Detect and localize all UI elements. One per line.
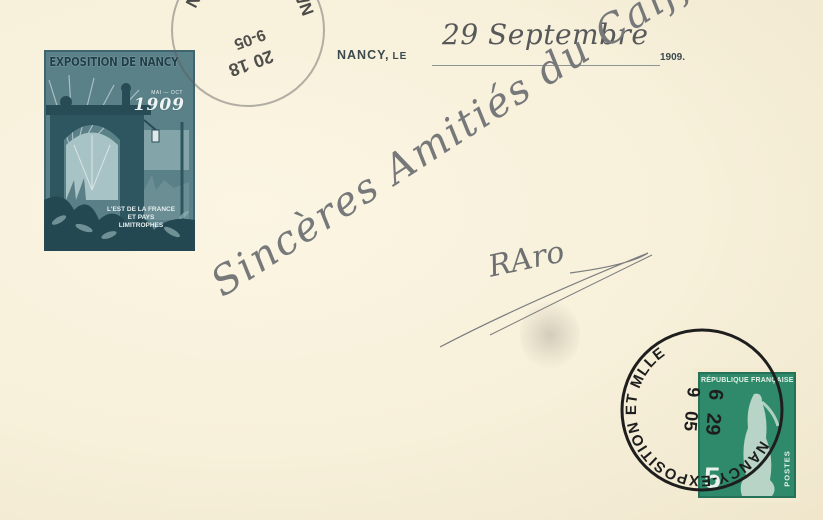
svg-text:NANCY-EXPOSITION: NANCY-EXPOSITION [182, 0, 318, 18]
svg-text:9-05: 9-05 [232, 25, 268, 52]
postmark-top: NANCY-EXPOSITION 20 18 9-05 [160, 0, 340, 115]
svg-text:29: 29 [701, 412, 725, 436]
postcard: EXPOSITION DE NANCY MAI — OCT 1909 L'EST… [0, 0, 823, 520]
postmark-bottom: NANCY-EXPOSITION ET MLLE 6 29 9 05 [612, 320, 792, 500]
printed-year: 1909. [660, 52, 685, 63]
postmark-top-ring-text: NANCY-EXPOSITION [182, 0, 318, 18]
svg-text:18: 18 [226, 55, 252, 81]
svg-text:9: 9 [683, 386, 704, 398]
svg-text:6: 6 [704, 388, 727, 401]
svg-text:20: 20 [251, 46, 277, 72]
svg-text:05: 05 [680, 410, 702, 432]
vignette-subtitle: L'EST DE LA FRANCE ET PAYS LIMITROPHES [106, 206, 176, 230]
place-label: NANCY,LE [337, 48, 407, 62]
